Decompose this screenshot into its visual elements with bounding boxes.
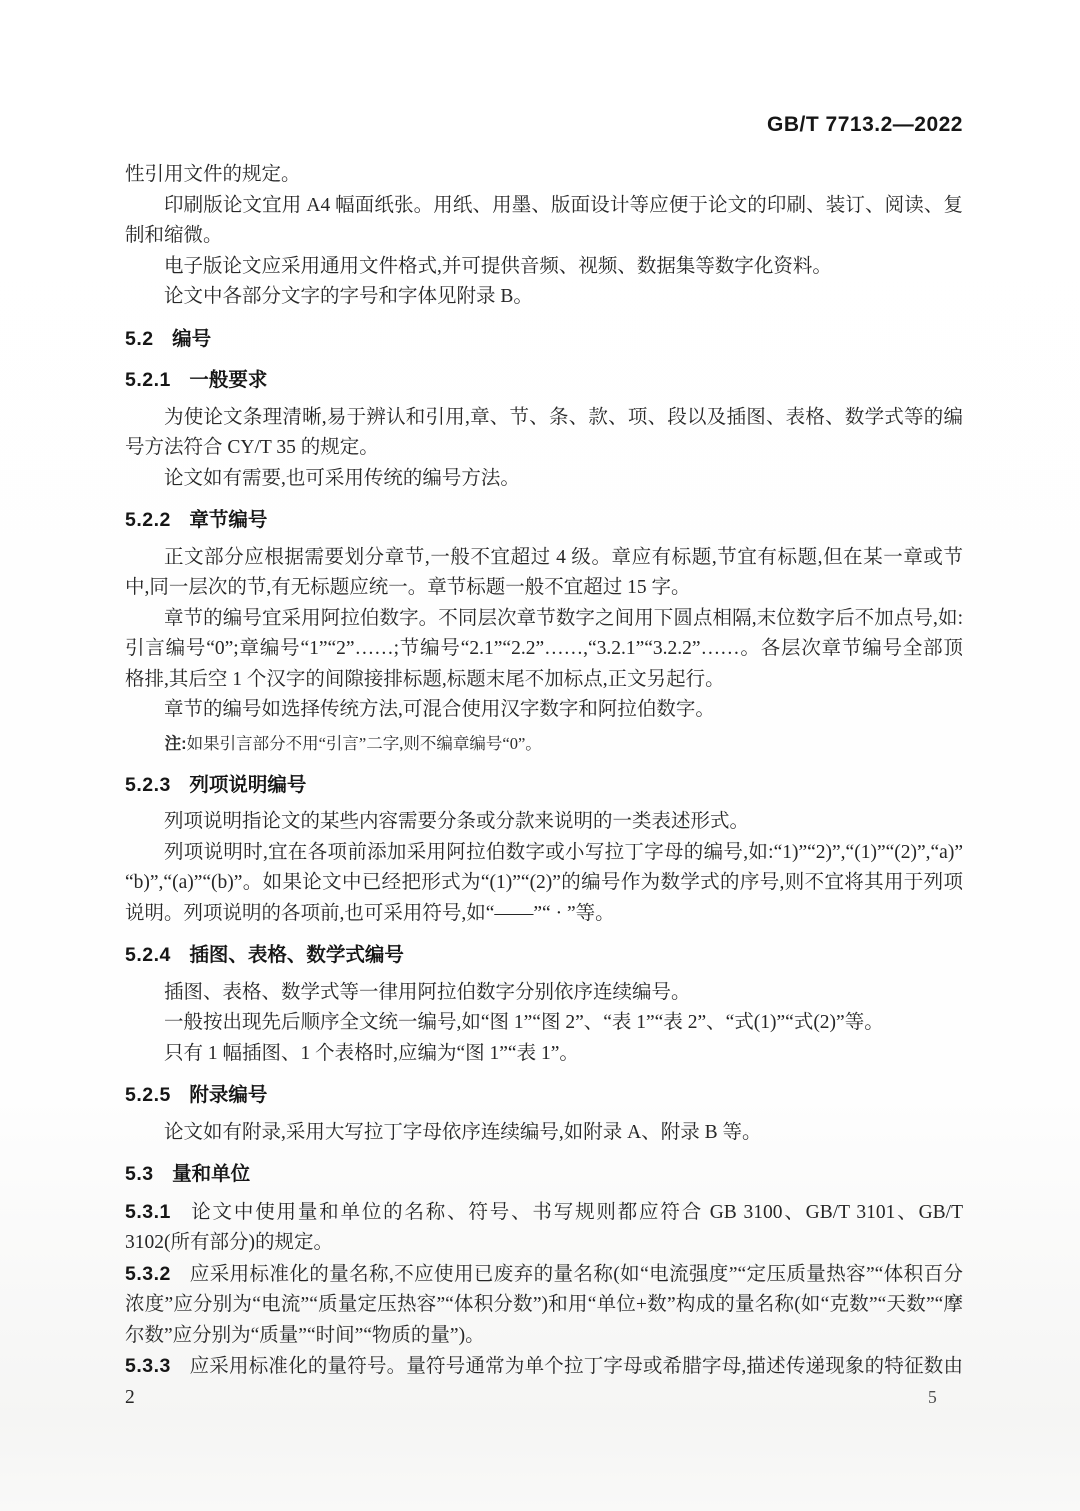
heading-5-2-2: 5.2.2章节编号 xyxy=(125,505,963,536)
standard-number-header: GB/T 7713.2—2022 xyxy=(125,113,963,137)
heading-5-2-5: 5.2.5附录编号 xyxy=(125,1080,963,1111)
paragraph: 章节的编号宜采用阿拉伯数字。不同层次章节数字之间用下圆点相隔,末位数字后不加点号… xyxy=(125,604,963,696)
paragraph: 论文如有附录,采用大写拉丁字母依序连续编号,如附录 A、附录 B 等。 xyxy=(125,1118,963,1149)
section-title: 量和单位 xyxy=(172,1163,250,1185)
clause-5-3-2: 5.3.2应采用标准化的量名称,不应使用已废弃的量名称(如“电流强度”“定压质量… xyxy=(125,1259,963,1352)
paragraph: 章节的编号如选择传统方法,可混合使用汉字数字和阿拉伯数字。 xyxy=(125,695,963,726)
paragraph: 为使论文条理清晰,易于辨认和引用,章、节、条、款、项、段以及插图、表格、数学式等… xyxy=(125,403,963,464)
paragraph: 正文部分应根据需要划分章节,一般不宜超过 4 级。章应有标题,节宜有标题,但在某… xyxy=(125,543,963,604)
clause-5-3-1: 5.3.1论文中使用量和单位的名称、符号、书写规则都应符合 GB 3100、GB… xyxy=(125,1197,963,1259)
section-number: 5.2.4 xyxy=(125,944,171,966)
note-text: 如果引言部分不用“引言”二字,则不编章编号“0”。 xyxy=(187,734,542,753)
paragraph: 论文中各部分文字的字号和字体见附录 B。 xyxy=(125,282,963,313)
clause-text: 应采用标准化的量符号。量符号通常为单个拉丁字母或希腊字母,描述传递现象的特征数由… xyxy=(125,1356,963,1408)
section-number: 5.2.2 xyxy=(125,509,171,531)
paragraph: 印刷版论文宜用 A4 幅面纸张。用纸、用墨、版面设计等应便于论文的印刷、装订、阅… xyxy=(125,191,963,252)
paragraph: 插图、表格、数学式等一律用阿拉伯数字分别依序连续编号。 xyxy=(125,978,963,1009)
paragraph: 列项说明时,宜在各项前添加采用阿拉伯数字或小写拉丁字母的编号,如:“1)”“2)… xyxy=(125,838,963,930)
paragraph: 只有 1 幅插图、1 个表格时,应编为“图 1”“表 1”。 xyxy=(125,1039,963,1070)
clause-number: 5.3.3 xyxy=(125,1355,171,1377)
heading-5-2-3: 5.2.3列项说明编号 xyxy=(125,770,963,801)
document-page: GB/T 7713.2—2022 性引用文件的规定。 印刷版论文宜用 A4 幅面… xyxy=(0,0,1080,1511)
clause-5-3-3: 5.3.3应采用标准化的量符号。量符号通常为单个拉丁字母或希腊字母,描述传递现象… xyxy=(125,1351,963,1413)
page-number: 5 xyxy=(928,1387,937,1408)
heading-5-2-1: 5.2.1一般要求 xyxy=(125,365,963,396)
section-number: 5.2.5 xyxy=(125,1084,171,1106)
section-title: 列项说明编号 xyxy=(189,774,306,796)
clause-text: 论文中使用量和单位的名称、符号、书写规则都应符合 GB 3100、GB/T 31… xyxy=(125,1202,963,1254)
section-title: 章节编号 xyxy=(189,509,267,531)
section-number: 5.2 xyxy=(125,328,154,350)
clause-text: 应采用标准化的量名称,不应使用已废弃的量名称(如“电流强度”“定压质量热容”“体… xyxy=(125,1264,963,1346)
clause-number: 5.3.2 xyxy=(125,1263,171,1285)
paragraph: 列项说明指论文的某些内容需要分条或分款来说明的一类表述形式。 xyxy=(125,807,963,838)
clause-number: 5.3.1 xyxy=(125,1201,171,1223)
section-title: 一般要求 xyxy=(189,369,267,391)
section-title: 编号 xyxy=(172,328,211,350)
note-label: 注: xyxy=(165,735,187,753)
section-number: 5.2.3 xyxy=(125,774,171,796)
paragraph-continuation: 性引用文件的规定。 xyxy=(125,160,963,191)
note: 注:如果引言部分不用“引言”二字,则不编章编号“0”。 xyxy=(125,729,963,759)
section-title: 附录编号 xyxy=(189,1084,267,1106)
paragraph: 电子版论文应采用通用文件格式,并可提供音频、视频、数据集等数字化资料。 xyxy=(125,252,963,283)
section-number: 5.2.1 xyxy=(125,369,171,391)
paragraph: 论文如有需要,也可采用传统的编号方法。 xyxy=(125,464,963,495)
paragraph: 一般按出现先后顺序全文统一编号,如“图 1”“图 2”、“表 1”“表 2”、“… xyxy=(125,1008,963,1039)
heading-5-3: 5.3量和单位 xyxy=(125,1159,963,1190)
page-content: GB/T 7713.2—2022 性引用文件的规定。 印刷版论文宜用 A4 幅面… xyxy=(125,113,963,1413)
section-title: 插图、表格、数学式编号 xyxy=(189,944,404,966)
section-number: 5.3 xyxy=(125,1163,154,1185)
heading-5-2: 5.2编号 xyxy=(125,324,963,355)
heading-5-2-4: 5.2.4插图、表格、数学式编号 xyxy=(125,940,963,971)
